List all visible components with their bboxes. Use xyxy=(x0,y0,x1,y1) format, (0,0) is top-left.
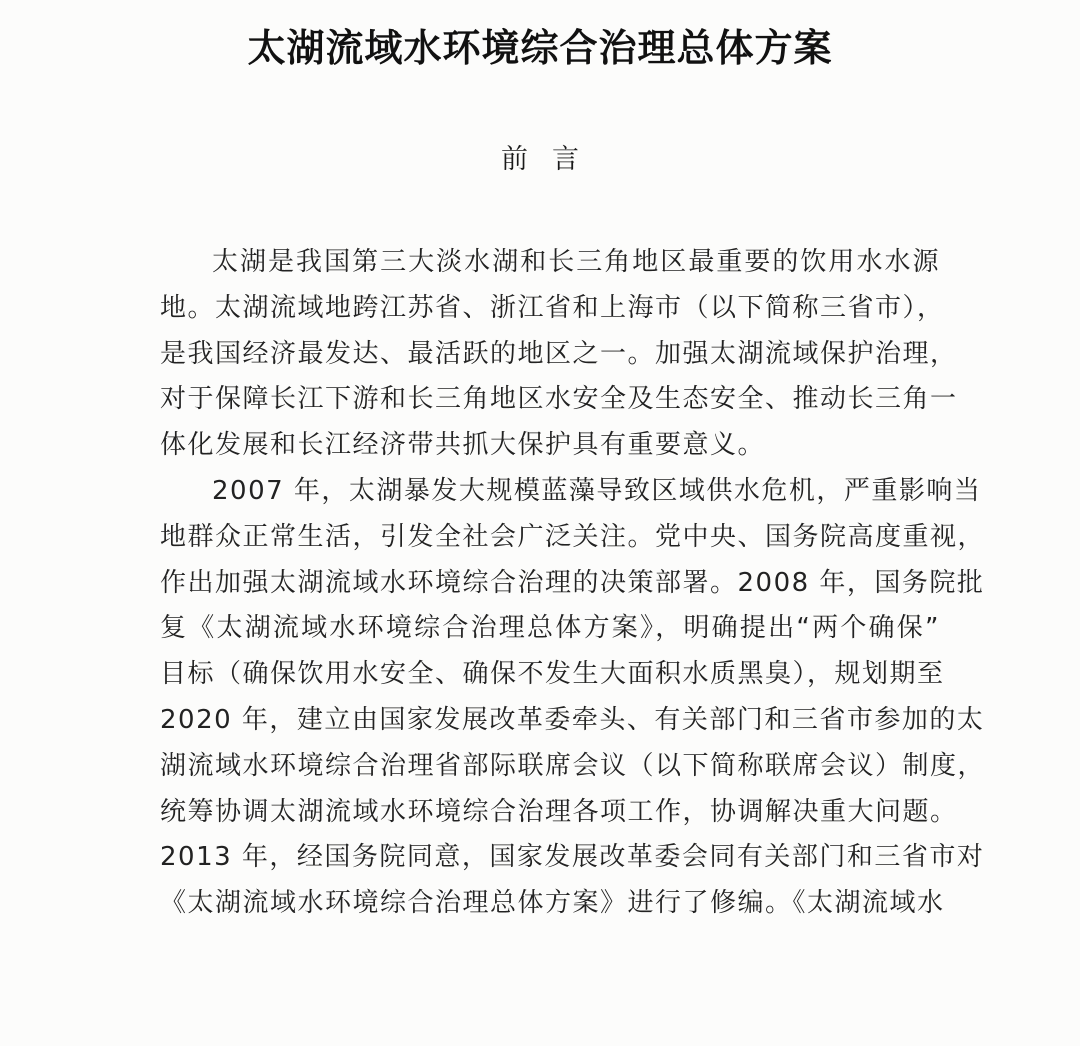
text-line: 《太湖流域水环境综合治理总体方案》进行了修编。《太湖流域水 xyxy=(160,881,940,927)
text-line: 地群众正常生活，引发全社会广泛关注。党中央、国务院高度重视， xyxy=(160,515,940,561)
text-line: 统筹协调太湖流域水环境综合治理各项工作，协调解决重大问题。 xyxy=(160,790,940,836)
text-line: 复《太湖流域水环境综合治理总体方案》，明确提出“两个确保” xyxy=(160,606,940,652)
text-line: 体化发展和长江经济带共抓大保护具有重要意义。 xyxy=(160,423,940,469)
paragraph-2: 2007 年，太湖暴发大规模蓝藻导致区域供水危机，严重影响当 地群众正常生活，引… xyxy=(160,469,940,927)
text-line: 2013 年，经国务院同意，国家发展改革委会同有关部门和三省市对 xyxy=(160,835,940,881)
document-body: 太湖是我国第三大淡水湖和长三角地区最重要的饮用水水源 地。太湖流域地跨江苏省、浙… xyxy=(160,240,940,927)
document-page: 太湖流域水环境综合治理总体方案 前言 太湖是我国第三大淡水湖和长三角地区最重要的… xyxy=(0,0,1080,1046)
document-title: 太湖流域水环境综合治理总体方案 xyxy=(0,18,1080,78)
text-line: 2007 年，太湖暴发大规模蓝藻导致区域供水危机，严重影响当 xyxy=(160,469,940,515)
text-line: 作出加强太湖流域水环境综合治理的决策部署。2008 年，国务院批 xyxy=(160,561,940,607)
text-line: 太湖是我国第三大淡水湖和长三角地区最重要的饮用水水源 xyxy=(160,240,940,286)
text-line: 地。太湖流域地跨江苏省、浙江省和上海市（以下简称三省市）， xyxy=(160,286,940,332)
text-line: 目标（确保饮用水安全、确保不发生大面积水质黑臭），规划期至 xyxy=(160,652,940,698)
text-line: 2020 年，建立由国家发展改革委牵头、有关部门和三省市参加的太 xyxy=(160,698,940,744)
section-heading-preface: 前言 xyxy=(0,138,1080,182)
paragraph-1: 太湖是我国第三大淡水湖和长三角地区最重要的饮用水水源 地。太湖流域地跨江苏省、浙… xyxy=(160,240,940,469)
text-line: 是我国经济最发达、最活跃的地区之一。加强太湖流域保护治理， xyxy=(160,332,940,378)
text-line: 对于保障长江下游和长三角地区水安全及生态安全、推动长三角一 xyxy=(160,377,940,423)
text-line: 湖流域水环境综合治理省部际联席会议（以下简称联席会议）制度， xyxy=(160,744,940,790)
